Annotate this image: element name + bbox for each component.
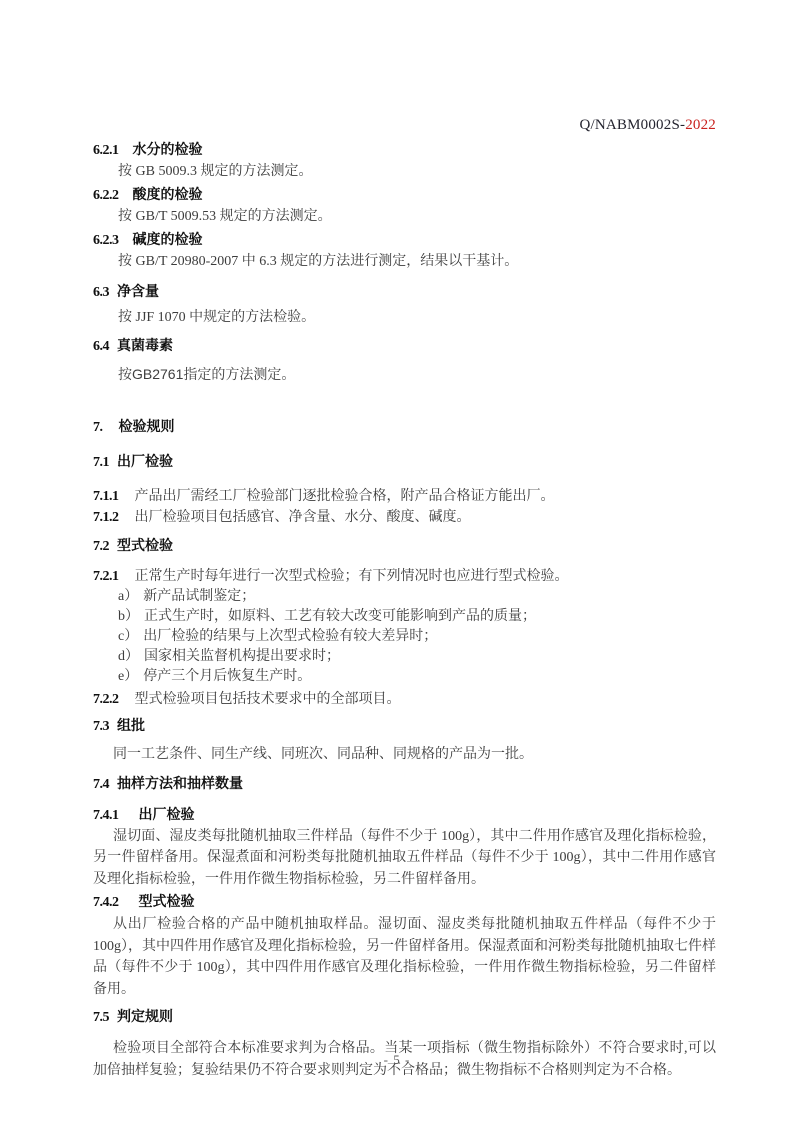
- list-item-marker: e）: [118, 667, 138, 687]
- clause-text: 出厂检验项目包括感官、净含量、水分、酸度、碱度。: [135, 507, 471, 528]
- clause-6-2-2-body: 按 GB/T 5009.53 规定的方法测定。: [93, 206, 716, 227]
- clause-number: 7.4: [93, 774, 109, 795]
- clause-number: 6.4: [93, 336, 109, 357]
- heading-7-3: 7.3 组批: [93, 715, 716, 737]
- heading-7-5: 7.5 判定规则: [93, 1006, 716, 1028]
- clause-number: 7.3: [93, 716, 109, 737]
- list-item: a） 新产品试制鉴定；: [118, 587, 716, 607]
- clause-number: 6.3: [93, 282, 109, 303]
- list-item-marker: d）: [118, 647, 139, 667]
- clause-6-2-3-body: 按 GB/T 20980-2007 中 6.3 规定的方法进行测定，结果以干基计…: [93, 251, 716, 272]
- list-item-text: 正式生产时，如原料、工艺有较大改变可能影响到产品的质量；: [144, 607, 536, 627]
- heading-7-1: 7.1 出厂检验: [93, 451, 716, 473]
- heading-7-2: 7.2 型式检验: [93, 535, 716, 557]
- heading-7: 7. 检验规则: [93, 416, 716, 438]
- heading-title: 检验规则: [119, 416, 175, 437]
- list-item-text: 停产三个月后恢复生产时。: [143, 667, 311, 687]
- heading-7-4-2: 7.4.2 型式检验: [93, 891, 716, 913]
- clause-7-1-1: 7.1.1 产品出厂需经工厂检验部门逐批检验合格，附产品合格证方能出厂。: [93, 486, 716, 507]
- heading-title: 真菌毒素: [117, 335, 173, 356]
- clause-number: 7.1.1: [93, 486, 119, 507]
- heading-6-2-3: 6.2.3 碱度的检验: [93, 229, 716, 251]
- clause-number: 7.2.1: [93, 566, 119, 587]
- document-page: Q/NABM0002S-2022 6.2.1 水分的检验 按 GB 5009.3…: [0, 0, 794, 1122]
- doc-year: 2022: [685, 117, 716, 133]
- clause-number: 6.2.3: [93, 230, 119, 251]
- heading-title: 型式检验: [117, 535, 173, 556]
- clause-number: 7.1: [93, 452, 109, 473]
- clause-text: 型式检验项目包括技术要求中的全部项目。: [135, 689, 401, 710]
- heading-6-2-1: 6.2.1 水分的检验: [93, 139, 716, 161]
- clause-number: 7.2: [93, 536, 109, 557]
- heading-title: 型式检验: [139, 891, 195, 912]
- doc-number: Q/NABM0002S-: [579, 117, 685, 133]
- heading-7-4: 7.4 抽样方法和抽样数量: [93, 773, 716, 795]
- heading-6-2-2: 6.2.2 酸度的检验: [93, 184, 716, 206]
- list-item: b） 正式生产时，如原料、工艺有较大改变可能影响到产品的质量；: [118, 607, 716, 627]
- clause-6-2-1-body: 按 GB 5009.3 规定的方法测定。: [93, 161, 716, 182]
- clause-number: 7.5: [93, 1007, 109, 1028]
- document-body: 6.2.1 水分的检验 按 GB 5009.3 规定的方法测定。 6.2.2 酸…: [93, 139, 716, 1081]
- clause-number: 6.2.2: [93, 185, 119, 206]
- list-item: c） 出厂检验的结果与上次型式检验有较大差异时；: [118, 627, 716, 647]
- list-item: e） 停产三个月后恢复生产时。: [118, 667, 716, 687]
- list-item: d） 国家相关监督机构提出要求时；: [118, 647, 716, 667]
- heading-title: 酸度的检验: [133, 184, 203, 205]
- list-item-text: 出厂检验的结果与上次型式检验有较大差异时；: [143, 627, 437, 647]
- heading-title: 判定规则: [117, 1006, 173, 1027]
- heading-title: 碱度的检验: [133, 229, 203, 250]
- clause-7-4-1-body: 湿切面、湿皮类每批随机抽取三件样品（每件不少于 100g），其中二件用作感官及理…: [93, 826, 716, 891]
- list-item-text: 新产品试制鉴定；: [143, 587, 255, 607]
- heading-7-4-1: 7.4.1 出厂检验: [93, 804, 716, 826]
- heading-title: 组批: [117, 715, 145, 736]
- clause-7-3-body: 同一工艺条件、同生产线、同班次、同品种、同规格的产品为一批。: [93, 744, 716, 766]
- clause-6-4-body: 按GB2761指定的方法测定。: [93, 364, 716, 385]
- clause-7-2-2: 7.2.2 型式检验项目包括技术要求中的全部项目。: [93, 689, 716, 710]
- clause-number: 7.4.2: [93, 892, 119, 913]
- clause-text: 正常生产时每年进行一次型式检验；有下列情况时也应进行型式检验。: [135, 566, 569, 587]
- clause-number: 7.1.2: [93, 507, 119, 528]
- doc-header: Q/NABM0002S-2022: [579, 116, 716, 134]
- heading-title: 出厂检验: [117, 451, 173, 472]
- list-item-marker: c）: [118, 627, 138, 647]
- heading-6-4: 6.4 真菌毒素: [93, 335, 716, 357]
- clause-number: 7.2.2: [93, 689, 119, 710]
- condition-list: a） 新产品试制鉴定； b） 正式生产时，如原料、工艺有较大改变可能影响到产品的…: [93, 587, 716, 687]
- clause-text: 产品出厂需经工厂检验部门逐批检验合格，附产品合格证方能出厂。: [135, 486, 555, 507]
- clause-7-4-2-body: 从出厂检验合格的产品中随机抽取样品。湿切面、湿皮类每批随机抽取五件样品（每件不少…: [93, 914, 716, 1000]
- clause-number: 7.: [93, 417, 103, 438]
- clause-6-3-body: 按 JJF 1070 中规定的方法检验。: [93, 307, 716, 328]
- heading-title: 水分的检验: [133, 139, 203, 160]
- clause-7-2-1: 7.2.1 正常生产时每年进行一次型式检验；有下列情况时也应进行型式检验。: [93, 566, 716, 587]
- list-item-marker: b）: [118, 607, 139, 627]
- clause-number: 6.2.1: [93, 140, 119, 161]
- heading-title: 抽样方法和抽样数量: [117, 773, 243, 794]
- list-item-text: 国家相关监督机构提出要求时；: [144, 647, 340, 667]
- list-item-marker: a）: [118, 587, 138, 607]
- heading-title: 净含量: [117, 281, 159, 302]
- clause-7-1-2: 7.1.2 出厂检验项目包括感官、净含量、水分、酸度、碱度。: [93, 507, 716, 528]
- heading-6-3: 6.3 净含量: [93, 281, 716, 303]
- clause-number: 7.4.1: [93, 805, 119, 826]
- heading-title: 出厂检验: [139, 804, 195, 825]
- page-number: - 5 -: [0, 1052, 794, 1068]
